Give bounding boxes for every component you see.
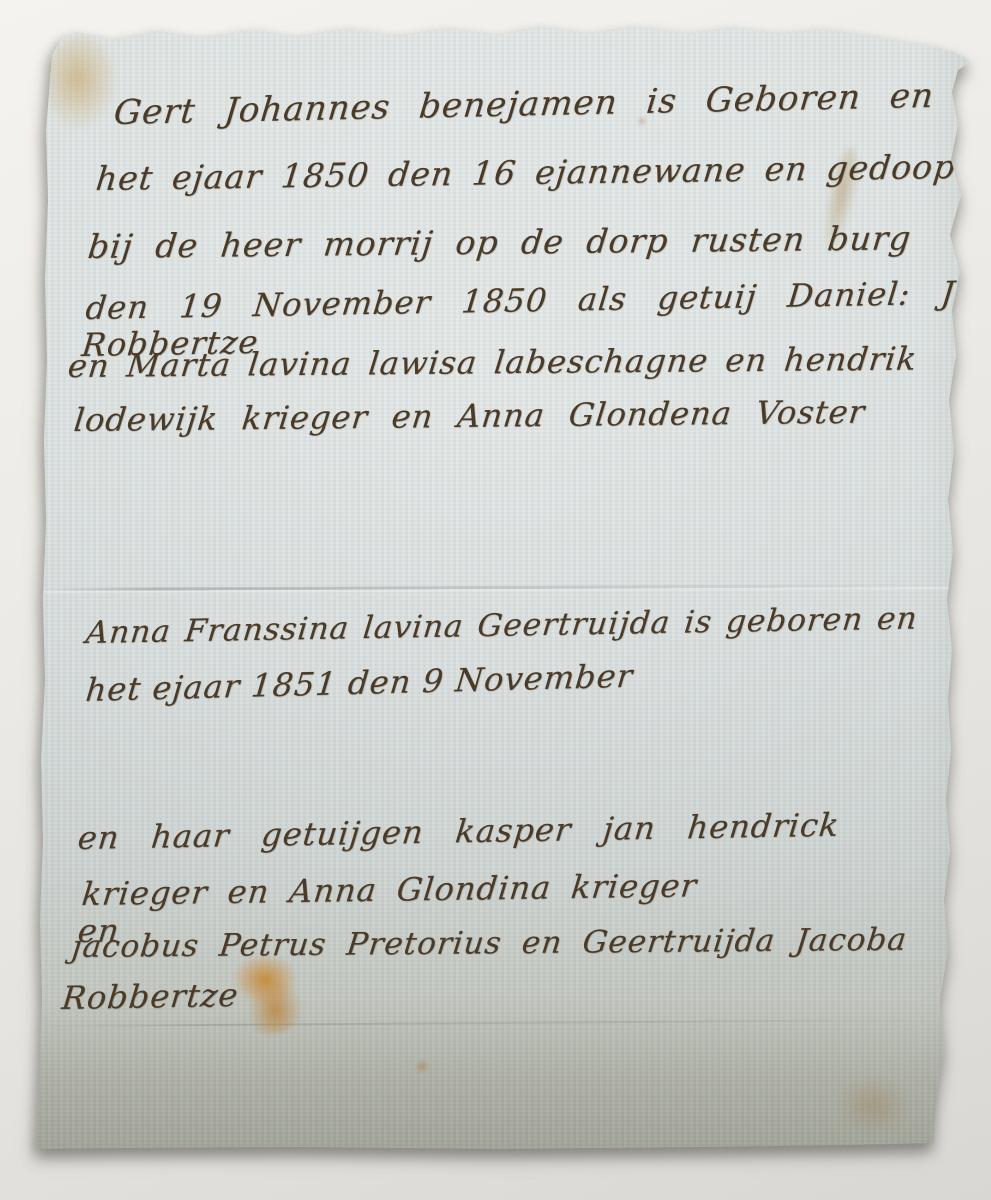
fold-crease	[40, 1019, 940, 1027]
handwritten-line: en Marta lavina lawisa labeschagne en he…	[66, 341, 919, 385]
handwritten-line: het ejaar 1851 den 9 November	[84, 658, 635, 709]
handwritten-line: Anna Franssina lavina Geertruijda is geb…	[84, 602, 919, 652]
handwritten-line: bij de heer morrij op de dorp rusten bur…	[86, 219, 913, 266]
paper-sheet: Gert Johannes benejamen is Geboren en he…	[0, 0, 991, 1200]
handwritten-line: jacobus Petrus Pretorius en Geertruijda …	[70, 923, 909, 966]
photo-of-document: { "colors": { "background": "#eceae6", "…	[0, 0, 991, 1200]
handwritten-line: Robbertze	[60, 977, 240, 1017]
stain	[836, 1076, 910, 1134]
stain	[44, 36, 118, 130]
handwritten-line: en haar getuijgen kasper jan hendrick	[76, 807, 841, 857]
handwritten-line: Gert Johannes benejamen is Geboren en	[112, 77, 936, 133]
stain	[414, 1060, 430, 1073]
handwritten-line: lodewijk krieger en Anna Glondena Voster	[72, 394, 867, 439]
handwritten-line: het ejaar 1850 den 16 ejannewane en gedo…	[94, 148, 958, 198]
fold-crease	[44, 584, 950, 591]
paper-shadow-wrapper: Gert Johannes benejamen is Geboren en he…	[0, 0, 991, 1200]
